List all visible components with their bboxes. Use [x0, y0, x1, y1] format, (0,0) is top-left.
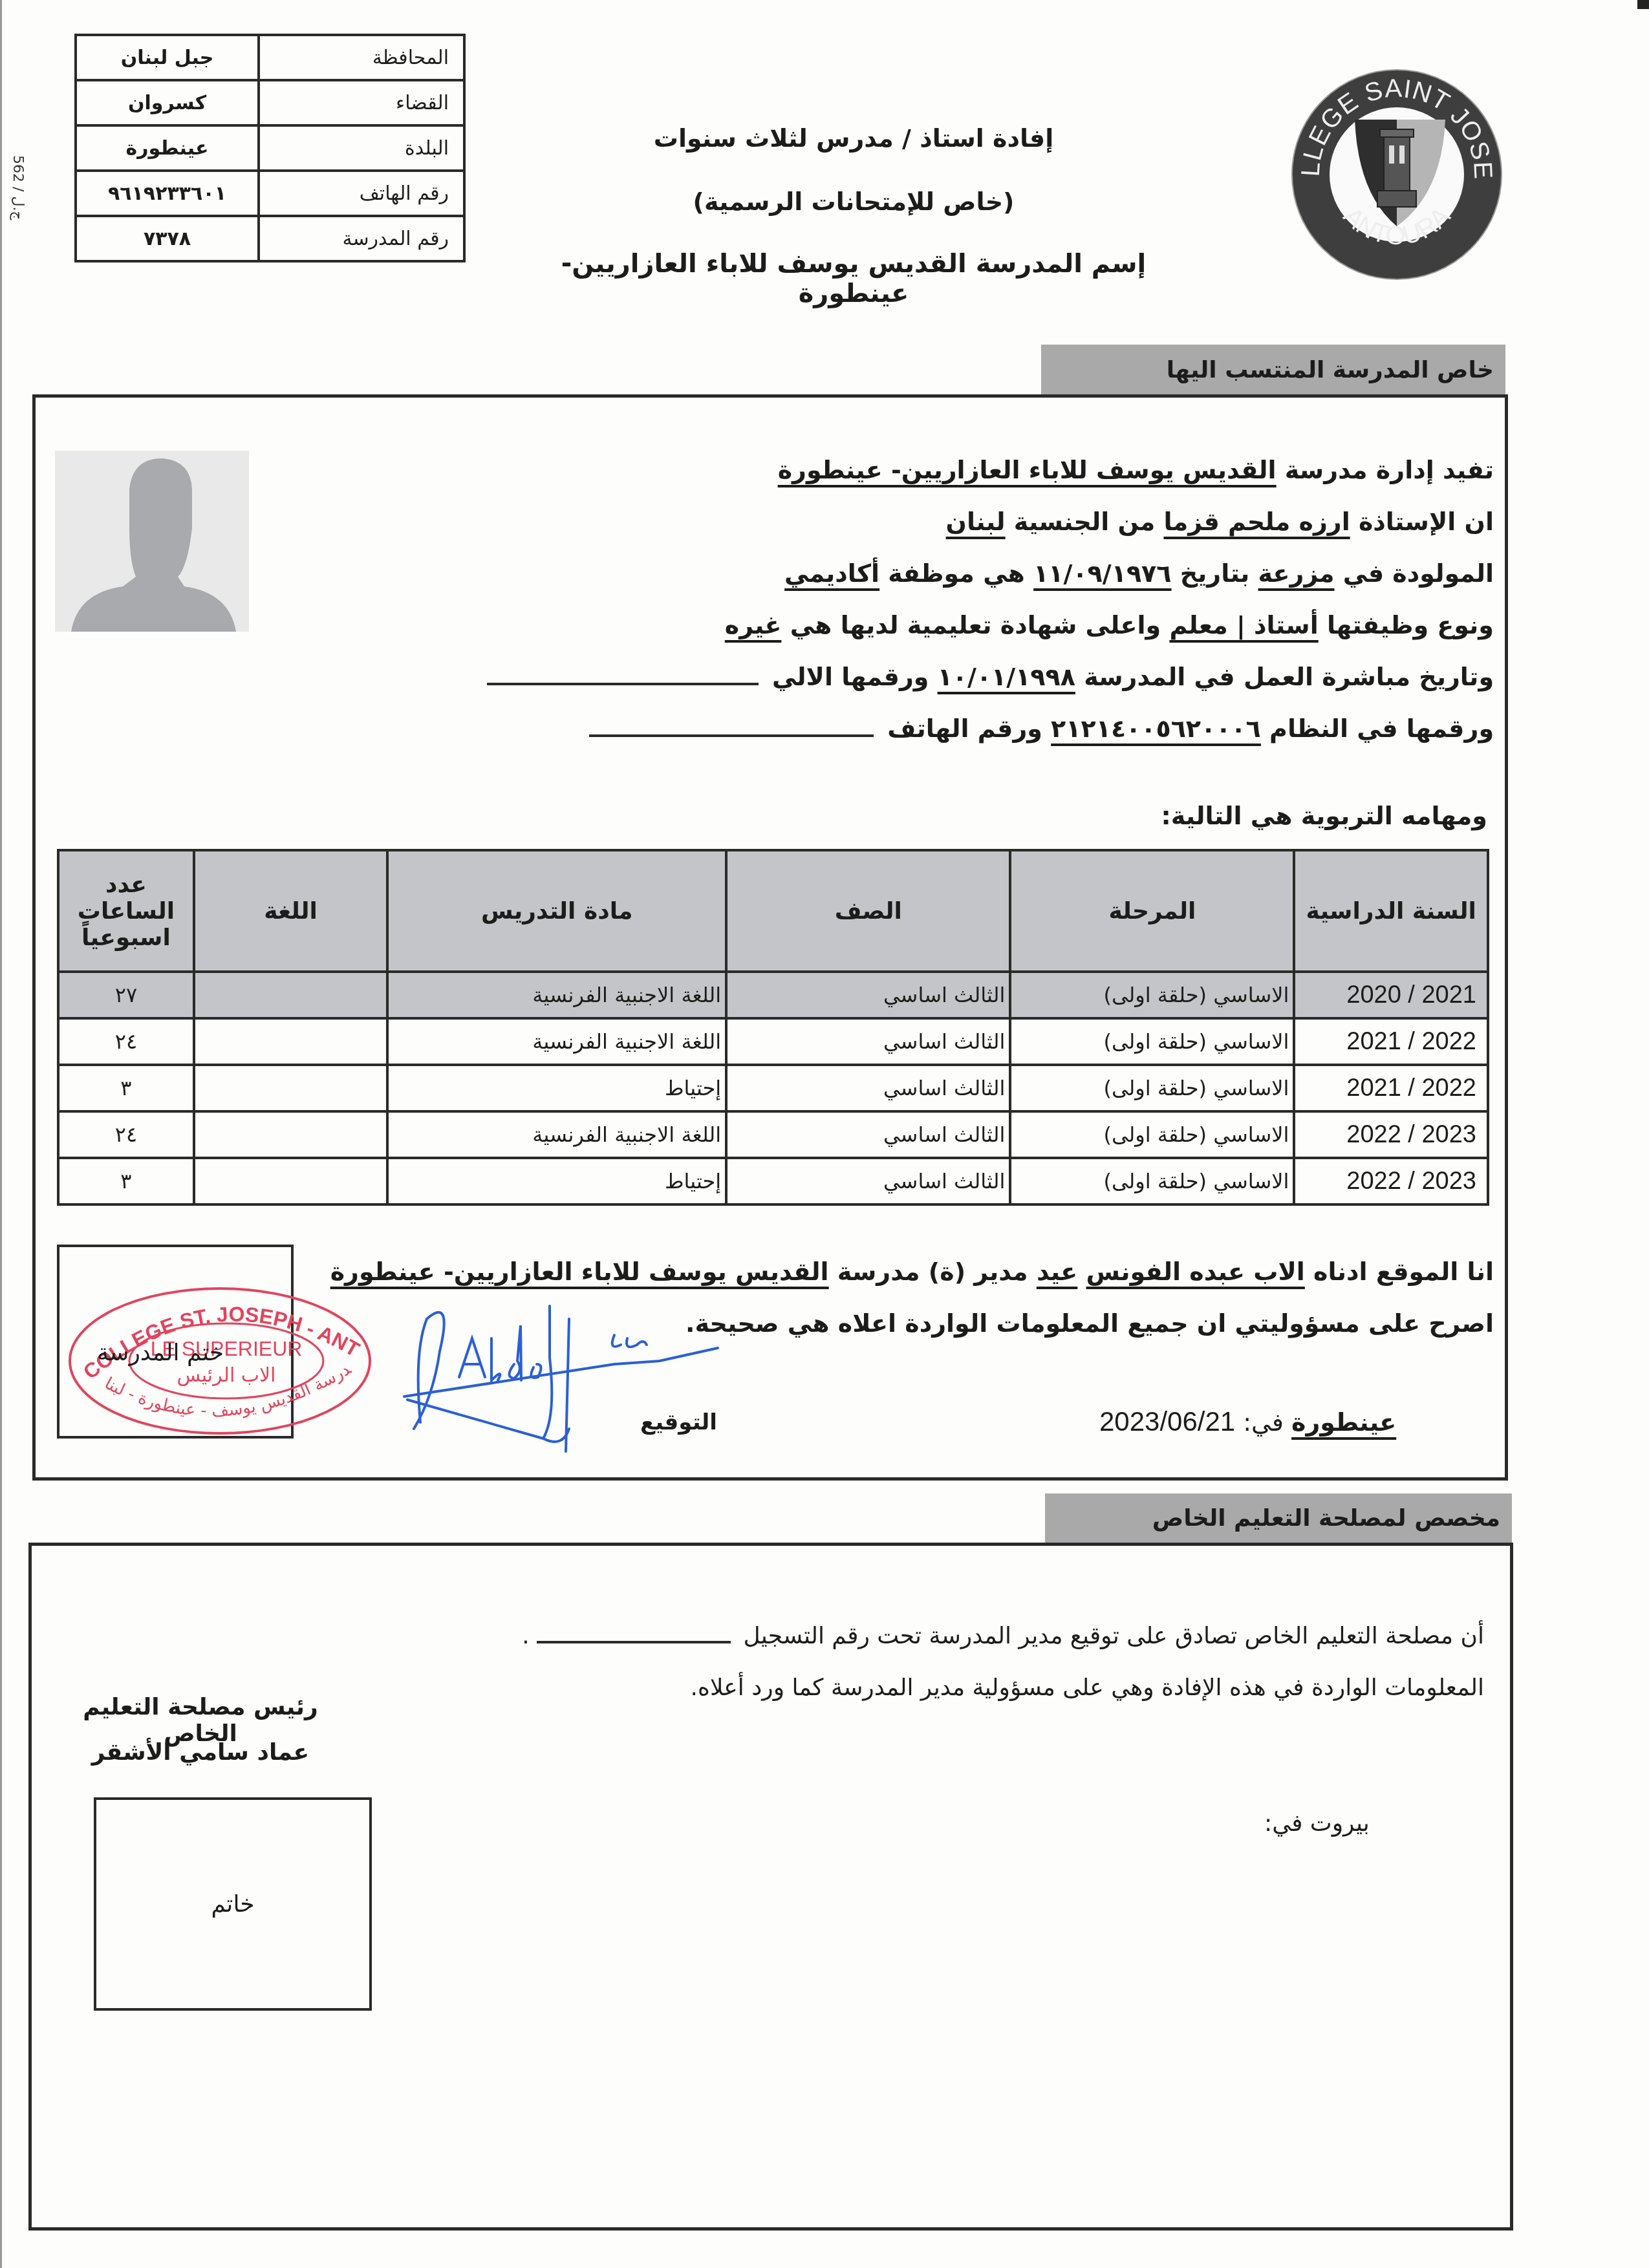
cell-stage: الاساسي (حلقة اولى): [1010, 1158, 1294, 1204]
text: ورقمها الالي: [772, 663, 929, 691]
text: ورقم الهاتف: [887, 714, 1042, 743]
director-surname-field: عيد: [1037, 1257, 1077, 1286]
cell-hours: ٢٧: [58, 972, 194, 1018]
document-title: إفادة استاذ / مدرس لثلاث سنوات: [530, 124, 1177, 153]
col-header-grade: الصف: [726, 850, 1010, 972]
cell-grade: الثالث اساسي: [726, 1111, 1010, 1158]
declaration-school-field: القديس يوسف للاباء العازاريين- عينطورة: [330, 1257, 829, 1286]
cell-year: 2022 / 2023: [1294, 1158, 1488, 1204]
col-header-hours: عدد الساعات اسبوعياً: [58, 850, 194, 972]
birth-place-field: مزرعة: [1258, 559, 1335, 588]
info-label: المحافظة: [259, 35, 464, 80]
ministry-line-2: المعلومات الواردة في هذه الإفادة وهي على…: [691, 1674, 1484, 1701]
para-line-6: ورقمها في النظام ٢١٢١٤٠٠٥٦٢٠٠٠٦ ورقم اله…: [589, 714, 1494, 743]
para-line-2: ان الإستاذة ارزه ملحم قزما من الجنسية لب…: [946, 508, 1494, 536]
section-header-school: خاص المدرسة المنتسب اليها: [1041, 345, 1505, 395]
info-label: رقم الهاتف: [259, 171, 464, 216]
director-signature-icon: [401, 1300, 815, 1455]
cell-hours: ٢٤: [58, 1111, 194, 1158]
reference-code: 562 / ج.ل: [10, 155, 26, 220]
para-line-1: تفيد إدارة مدرسة القديس يوسف للاباء العا…: [778, 456, 1494, 484]
cell-stage: الاساسي (حلقة اولى): [1010, 1018, 1294, 1065]
registration-number-blank[interactable]: [537, 1641, 731, 1643]
table-row: 2020 / 2021 الاساسي (حلقة اولى) الثالث ا…: [58, 972, 1488, 1018]
col-header-year: السنة الدراسية: [1294, 850, 1488, 972]
table-row: 2022 / 2023 الاساسي (حلقة اولى) الثالث ا…: [58, 1158, 1488, 1204]
cell-year: 2021 / 2022: [1294, 1065, 1488, 1111]
text: تفيد إدارة مدرسة: [1285, 456, 1494, 484]
text: مدير (ة) مدرسة: [837, 1257, 1028, 1286]
teacher-name-field: ارزه ملحم قزما: [1163, 508, 1350, 536]
duties-header-row: السنة الدراسية المرحلة الصف مادة التدريس…: [58, 850, 1488, 972]
school-stamp-label: ختم المدرسة: [97, 1340, 224, 1366]
cell-year: 2020 / 2021: [1294, 972, 1488, 1018]
text: بتاريخ: [1180, 559, 1250, 588]
section-header-ministry: مخصص لمصلحة التعليم الخاص: [1045, 1493, 1512, 1543]
cell-stage: الاساسي (حلقة اولى): [1010, 972, 1294, 1018]
para-line-5: وتاريخ مباشرة العمل في المدرسة ١٠/٠١/١٩٩…: [487, 663, 1494, 691]
signature-label: التوقيع: [640, 1409, 717, 1435]
cell-grade: الثالث اساسي: [726, 1158, 1010, 1204]
cell-stage: الاساسي (حلقة اولى): [1010, 1065, 1294, 1111]
system-number-field: ٢١٢١٤٠٠٥٦٢٠٠٠٦: [1051, 714, 1261, 743]
nationality-field: لبنان: [946, 508, 1006, 536]
scan-edge-mark: [1637, 0, 1649, 9]
school-name-field: القديس يوسف للاباء العازاريين- عينطورة: [778, 456, 1277, 484]
auto-number-blank[interactable]: [487, 683, 759, 685]
phone-blank[interactable]: [589, 734, 874, 737]
cell-year: 2022 / 2023: [1294, 1111, 1488, 1158]
date-line: عينطورة في: 2023/06/21: [1099, 1406, 1396, 1437]
text: هي موظفة: [888, 559, 1025, 588]
text: ان الإستاذة: [1359, 508, 1494, 536]
table-row: 2021 / 2022 الاساسي (حلقة اولى) الثالث ا…: [58, 1018, 1488, 1065]
info-label: رقم المدرسة: [259, 216, 464, 261]
seal-inner-ar-text: الاب الرئيس: [177, 1364, 276, 1387]
degree-field: غيره: [725, 611, 782, 639]
cell-grade: الثالث اساسي: [726, 1018, 1010, 1065]
ministry-seal-label: خاتم: [211, 1891, 254, 1918]
cell-subject: اللغة الاجنبية الفرنسية: [387, 972, 726, 1018]
cell-stage: الاساسي (حلقة اولى): [1010, 1111, 1294, 1158]
declaration-line-1: انا الموقع ادناه الاب عبده الفونس عيد مد…: [330, 1257, 1494, 1286]
teacher-photo-placeholder: [55, 451, 249, 632]
info-value: كسروان: [76, 80, 259, 125]
para-line-3: المولودة في مزرعة بتاريخ ١١/٠٩/١٩٧٦ هي م…: [784, 559, 1494, 588]
cell-subject: اللغة الاجنبية الفرنسية: [387, 1111, 726, 1158]
text: ورقمها في النظام: [1269, 714, 1494, 743]
start-date-field: ١٠/٠١/١٩٩٨: [938, 663, 1075, 691]
cell-grade: الثالث اساسي: [726, 972, 1010, 1018]
info-value: ٩٦١٩٢٣٣٦٠١: [76, 171, 259, 216]
info-row-phone: رقم الهاتف ٩٦١٩٢٣٣٦٠١: [76, 171, 464, 216]
cell-hours: ٣: [58, 1065, 194, 1111]
info-value: جبل لبنان: [76, 35, 259, 80]
person-silhouette-icon: [55, 451, 249, 632]
duties-heading: ومهامه التربوية هي التالية:: [1161, 802, 1487, 830]
date-place: عينطورة: [1291, 1408, 1396, 1437]
info-label: القضاء: [259, 80, 464, 125]
text: .: [522, 1623, 529, 1649]
info-row-governorate: المحافظة جبل لبنان: [76, 35, 464, 80]
date-prefix: في:: [1243, 1408, 1284, 1437]
cell-language: [194, 1065, 387, 1111]
info-value: ٧٣٧٨: [76, 216, 259, 261]
cell-subject: إحتياط: [387, 1065, 726, 1111]
col-header-language: اللغة: [194, 850, 387, 972]
department-head-name: عماد سامي الأشقر: [61, 1739, 339, 1766]
cell-language: [194, 1111, 387, 1158]
document-subtitle: (خاص للإمتحانات الرسمية): [530, 187, 1177, 216]
cell-grade: الثالث اساسي: [726, 1065, 1010, 1111]
cell-subject: اللغة الاجنبية الفرنسية: [387, 1018, 726, 1065]
info-row-town: البلدة عينطورة: [76, 125, 464, 171]
employee-type-field: أكاديمي: [784, 559, 879, 588]
text: من الجنسية: [1014, 508, 1155, 536]
text: انا الموقع ادناه: [1313, 1257, 1494, 1286]
ministry-line-1: أن مصلحة التعليم الخاص تصادق على توقيع م…: [522, 1623, 1484, 1649]
text: واعلى شهادة تعليمية لديها هي: [790, 611, 1161, 639]
text: ونوع وظيفتها: [1327, 611, 1494, 639]
school-logo-icon: COLLEGE SAINT JOSEPH ANTOURA: [1287, 65, 1507, 284]
beirut-date-label: بيروت في:: [1264, 1810, 1370, 1837]
date-value: 2023/06/21: [1099, 1406, 1235, 1437]
ministry-seal-box: خاتم: [94, 1797, 372, 2011]
info-value: عينطورة: [76, 125, 259, 171]
cell-language: [194, 1018, 387, 1065]
school-name-line: إسم المدرسة القديس يوسف للاباء العازاريي…: [530, 249, 1177, 308]
text: أن مصلحة التعليم الخاص تصادق على توقيع م…: [744, 1623, 1484, 1649]
col-header-stage: المرحلة: [1010, 850, 1294, 972]
job-type-field: أستاذ | معلم: [1169, 611, 1318, 639]
birth-date-field: ١١/٠٩/١٩٧٦: [1033, 559, 1171, 588]
info-row-district: القضاء كسروان: [76, 80, 464, 125]
info-label: البلدة: [259, 125, 464, 171]
cell-subject: إحتياط: [387, 1158, 726, 1204]
cell-hours: ٢٤: [58, 1018, 194, 1065]
table-row: 2021 / 2022 الاساسي (حلقة اولى) الثالث ا…: [58, 1065, 1488, 1111]
table-row: 2022 / 2023 الاساسي (حلقة اولى) الثالث ا…: [58, 1111, 1488, 1158]
duties-table: السنة الدراسية المرحلة الصف مادة التدريس…: [57, 849, 1489, 1206]
col-header-subject: مادة التدريس: [387, 850, 726, 972]
scan-left-border: [0, 0, 2, 2268]
para-line-4: ونوع وظيفتها أستاذ | معلم واعلى شهادة تع…: [725, 611, 1494, 639]
director-title-field: الاب عبده الفونس: [1086, 1257, 1305, 1286]
cell-year: 2021 / 2022: [1294, 1018, 1488, 1065]
info-row-school-number: رقم المدرسة ٧٣٧٨: [76, 216, 464, 261]
cell-language: [194, 972, 387, 1018]
school-info-table: المحافظة جبل لبنان القضاء كسروان البلدة …: [74, 34, 466, 262]
text: وتاريخ مباشرة العمل في المدرسة: [1084, 663, 1494, 691]
text: المولودة في: [1343, 559, 1494, 588]
cell-hours: ٣: [58, 1158, 194, 1204]
cell-language: [194, 1158, 387, 1204]
